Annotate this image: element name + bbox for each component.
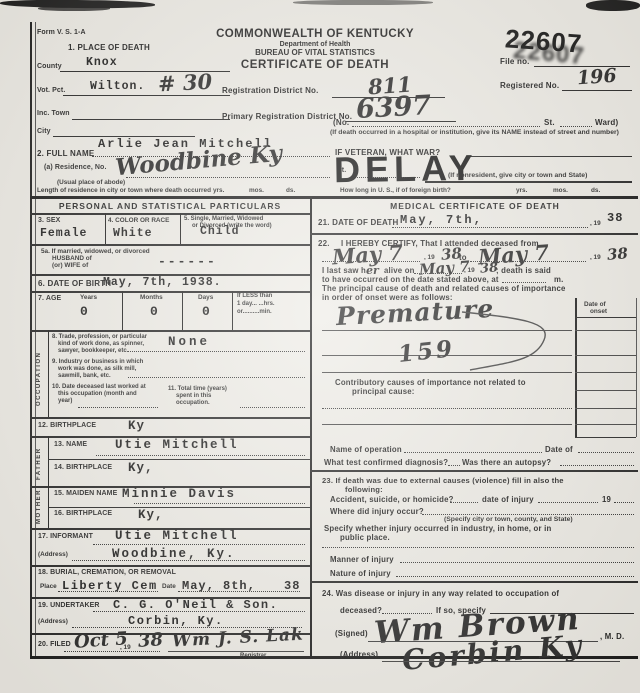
autopsy-line [560,465,634,466]
where-injury-label: Where did injury occur? [330,507,424,516]
test-label: What test confirmed diagnosis? [324,458,448,467]
total-time-label-3: occupation. [176,400,210,406]
onset-column-divider [575,298,577,437]
onset-row-line [575,390,636,391]
nature-line [396,576,634,577]
trade-label-1: 8. Trade, profession, or particular [52,334,147,340]
operation-date-line [578,452,634,453]
informant-label: 17. INFORMANT [38,533,93,540]
bureau-subtitle: BUREAU OF VITAL STATISTICS [190,48,440,57]
onset-header-2: onset [590,308,607,315]
length-yrs: yrs. [213,187,224,194]
precinct-line [63,95,230,96]
injury-date-line [538,502,598,503]
age-less-1: If LESS than [237,293,272,299]
color-cell-divider [180,213,181,244]
age-months-value: 0 [150,304,159,319]
manner-line [400,562,634,563]
operation-label: Name of operation [330,445,402,454]
date-of-death-label: 21. DATE OF DEATH [318,218,398,227]
manner-label: Manner of injury [330,555,394,564]
county-value: Knox [86,56,118,69]
marital-value: Child [200,225,240,238]
autopsy-row-rule [310,470,638,472]
scan-smudge [586,0,640,11]
occurred-m-label: m. [554,275,564,284]
age-div-1 [122,291,123,330]
trade-line [128,351,305,352]
onset-row-line [575,330,636,331]
informant-address-label: (Address) [38,551,68,558]
occupation-side-divider [48,330,49,417]
occurred-text: to have occurred on the date stated abov… [322,275,499,284]
occurred-time-line [502,282,546,283]
injury-year-prefix: 19 [602,495,611,504]
age-less-2: 1 day... ...hrs. [237,301,275,307]
contributory-line [322,408,572,409]
filed-label: 20. FILED [38,641,71,648]
foreign-birth-label: How long in U. S., if of foreign birth? [340,187,451,194]
total-time-label-1: 11. Total time (years) [168,386,227,392]
foreign-ds: ds. [591,187,600,194]
cause-line [322,330,572,331]
injury-date-label: date of injury [482,495,534,504]
mother-inner-rule [48,507,310,508]
certificate-title: CERTIFICATE OF DEATH [190,59,440,71]
last-worked-line [78,407,158,408]
age-less-3: or..........min. [237,309,272,315]
city-label: City [37,128,51,135]
informant-value: Utie Mitchell [115,529,239,543]
form-left-border-inner [35,22,36,658]
informant-row-rule [30,565,310,567]
marital-label-1: 5. Single, Married, Widowed [184,216,263,222]
certify-number: 22. [318,239,330,248]
informant-address-line [72,560,305,561]
column-divider [310,196,312,658]
contributory-text-1: Contributory causes of importance not re… [335,378,526,387]
medical-section-title: MEDICAL CERTIFICATE OF DEATH [312,201,638,211]
age-label: 7. AGE [38,295,61,302]
last-worked-label-1: 10. Date deceased last worked at [52,384,146,390]
cause-code-value: 159 [397,335,457,368]
precinct-value: Wilton. [90,80,145,93]
sex-value: Female [40,227,87,240]
mother-name-line [134,503,305,504]
age-years-label: Years [80,294,97,301]
trade-value: None [168,335,210,349]
onset-row-line [575,372,636,373]
age-div-3 [232,291,233,330]
registrar-signature: Wm J. S. Lak [172,625,305,652]
external-text-1: 23. If death was due to external causes … [322,476,564,485]
sex-cell-divider [105,213,106,244]
color-race-value: White [113,227,153,240]
burial-label: 18. BURIAL, CREMATION, OR REMOVAL [38,569,176,576]
accident-line [450,502,478,503]
mother-birthplace-value: Ky, [138,508,164,522]
dob-value: May, 7th, 1938. [103,276,222,289]
department-subtitle: Department of Health [190,41,440,48]
death-certificate-scan: Form V. S. 1-A 1. PLACE OF DEATH County … [0,0,640,693]
residence-label: (a) Residence, No. [44,164,106,171]
commonwealth-title: COMMONWEALTH OF KENTUCKY [190,28,440,40]
trade-label-2: kind of work done, as spinner, [58,341,144,347]
onset-row-line [575,355,636,356]
age-days-value: 0 [202,304,211,319]
spouse-value: ------ [158,254,217,269]
mother-birthplace-label: 16. BIRTHPLACE [54,510,112,517]
where-injury-line [422,514,634,515]
scan-smudge [293,0,433,5]
age-years-value: 0 [80,304,89,319]
dod-row-rule [310,233,638,235]
cause-line [322,372,572,373]
personal-title-rule [30,213,310,215]
trade-label-3: sawyer, bookkeeper, etc. [58,348,128,354]
where-injury-note: (Specify city or town, county, and State… [444,516,573,523]
age-div-2 [182,291,183,330]
nature-row-rule [310,581,638,583]
contributory-text-2: principal cause: [352,387,415,396]
delay-stamp: DELAY [334,147,478,192]
signed-label: (Signed) [335,629,368,638]
foreign-yrs: yrs. [516,187,527,194]
birthplace-label: 12. BIRTHPLACE [38,422,96,429]
accident-label: Accident, suicide, or homicide? [330,495,454,504]
operation-line [404,452,542,453]
burial-date-label: Date [162,583,176,590]
undertaker-label: 19. UNDERTAKER [38,602,100,609]
occupation-row-rule [30,417,310,419]
inc-town-line [72,119,230,120]
age-months-label: Months [140,294,163,301]
burial-place-label: Place [40,583,57,590]
foreign-mos: mos. [553,187,568,194]
form-left-border [30,22,32,658]
veteran-line [470,156,632,157]
spouse-label-3: (or) WIFE of [52,262,88,269]
full-name-label: 2. FULL NAME [37,149,94,158]
attended-to-year-prefix: , 19 [590,254,601,261]
county-label: County [37,63,62,70]
father-name-value: Utie Mitchell [115,438,239,452]
undertaker-value: C. G. O'Neil & Son. [113,598,278,612]
onset-header-1: Date of [584,301,606,308]
onset-row-line [575,424,636,425]
specify-text-1: Specify whether injury occurred in indus… [324,524,551,533]
length-ds: ds. [286,187,295,194]
onset-column-right-edge [636,298,637,437]
onset-bottom-rule [575,437,636,438]
residence-line [126,177,330,178]
dob-label: 6. DATE OF BIRTH [38,279,111,288]
dod-year-prefix: , 19 [590,220,601,227]
nature-label: Nature of injury [330,569,391,578]
abode-note: (Usual place of abode) [57,179,125,186]
injury-year-line [614,502,634,503]
onset-row-line [575,408,636,409]
attended-to-year: 38 [606,244,628,264]
last-worked-label-2: this occupation (month and [58,391,137,397]
registered-no-label: Registered No. [500,81,559,90]
registrar-label: Registrar. [240,653,268,659]
filed-line [64,651,160,652]
sex-label: 3. SEX [38,217,60,224]
header-bottom-rule [30,196,638,199]
birthplace-value: Ky [128,419,145,433]
total-time-line [240,407,305,408]
ward-label: Ward) [595,118,618,127]
precinct-handwritten-value: # 30 [157,69,212,97]
undertaker-line [93,611,305,612]
father-name-label: 13. NAME [54,441,87,448]
personal-section-title: PERSONAL AND STATISTICAL PARTICULARS [30,201,310,211]
primary-district-value: 6397 [355,90,432,125]
father-side-divider [48,436,49,486]
onset-header-rule [575,317,636,318]
filed-year-value: 38 [137,629,163,652]
scan-smudge [38,6,110,11]
burial-place-line [58,591,158,592]
registered-no-line [562,90,632,91]
industry-line [128,377,305,378]
last-saw-line [414,273,462,274]
undertaker-address-value: Corbin, Ky. [128,614,224,628]
spouse-label-2: HUSBAND of [52,255,92,262]
last-worked-label-3: year) [58,398,72,404]
form-number: Form V. S. 1-A [37,29,86,36]
registered-no-value: 196 [576,65,617,90]
date-of-death-line [392,227,588,228]
father-inner-rule [48,459,310,460]
industry-label-3: sawmill, bank, etc. [58,373,111,379]
attended-from-line [322,261,420,262]
last-saw-text-1: I last saw h [322,266,366,275]
age-row-rule [30,330,310,332]
principal-text-1: The principal cause of death and related… [322,284,566,293]
undertaker-address-label: (Address) [38,618,68,625]
last-saw-text-3: ; death is said [496,266,551,275]
street-st-label: St. [544,118,555,127]
informant-line [93,544,305,545]
file-no-label: File no. [500,57,530,66]
place-of-death-title: 1. PLACE OF DEATH [68,43,150,52]
industry-label-2: work was done, as silk mill, [58,366,136,372]
father-name-line [96,455,305,456]
mother-name-label: 15. MAIDEN NAME [54,490,117,497]
inc-town-label: Inc. Town [37,110,70,117]
industry-label-1: 9. Industry or business in which [52,359,143,365]
specify-text-2: public place. [340,533,390,542]
external-text-2: following: [345,485,383,494]
operation-date-label: Date of [545,445,573,454]
primary-district-line [346,121,456,122]
last-saw-year-prefix: , 19 [464,267,475,274]
father-birthplace-label: 14. BIRTHPLACE [54,464,112,471]
hospital-note: (If death occurred in a hospital or inst… [330,129,619,136]
reg-district-label: Registration District No. [222,86,319,95]
physician-address-line [382,661,620,662]
burial-date-line [178,591,300,592]
father-side-label: FATHER [36,444,42,480]
test-line [448,465,460,466]
precinct-label: Vot. Pct. [37,87,65,94]
length-mos: mos. [249,187,264,194]
sex-row-rule [30,244,310,246]
father-birthplace-value: Ky, [128,461,154,475]
last-saw-text-2: alive on [384,266,415,275]
autopsy-label: Was there an autopsy? [462,458,551,467]
length-left-label: Length of residence in city or town wher… [37,187,211,194]
color-race-label: 4. COLOR OR RACE [108,217,169,224]
md-label: , M. D. [600,632,624,641]
filed-year-prefix: , 19 [120,644,131,651]
contributory-line [322,424,572,425]
registrar-line [168,651,304,652]
org-header: COMMONWEALTH OF KENTUCKY Department of H… [190,28,440,71]
spouse-label-1: 5a. If married, widowed, or divorced [41,248,150,255]
dod-year-value: 38 [607,211,623,225]
occupation-question-2: deceased? [340,606,382,615]
date-of-death-value: May, 7th, [400,213,483,227]
occupation-side-label: OCCUPATION [36,342,42,406]
informant-address-value: Woodbine, Ky. [112,547,236,561]
street-no-label: (No. [333,118,349,127]
mother-side-label: MOTHER [36,491,42,524]
age-days-label: Days [198,294,213,301]
physician-address-label: (Address) [340,650,378,659]
injury-extra-line [322,547,634,548]
occupation-question-1: 24. Was disease or injury in any way rel… [322,589,559,598]
total-time-label-2: spent in this [176,393,211,399]
street-no-line [352,126,540,127]
mother-name-value: Minnie Davis [122,487,236,501]
street-st-line [560,126,592,127]
